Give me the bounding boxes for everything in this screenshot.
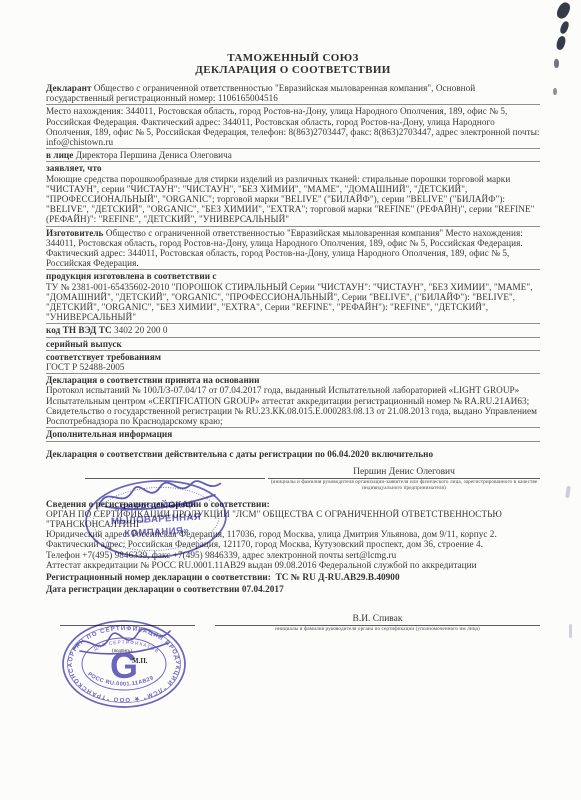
- divider: [46, 269, 540, 270]
- product-description: Моющие средства порошкообразные для стир…: [46, 174, 540, 225]
- title-line-declaration: ДЕКЛАРАЦИЯ О СООТВЕТСТВИИ: [46, 64, 540, 76]
- reg-number-label: Регистрационный номер декларации о соотв…: [46, 572, 271, 582]
- in-person-label: в лице: [46, 150, 73, 160]
- tnved-value: 3402 20 200 0: [114, 325, 167, 335]
- tnved-row: код ТН ВЭД ТС 3402 20 200 0: [46, 325, 540, 335]
- tnved-label: код ТН ВЭД ТС: [46, 325, 112, 335]
- declarant-name: Першин Денис Олегович: [268, 467, 540, 479]
- manufacturer-row: Изготовитель Общество с ограниченной отв…: [46, 228, 540, 269]
- manufacturer-label: Изготовитель: [46, 228, 103, 238]
- paper-mark-icon: [553, 88, 557, 95]
- manufacturer-text: Общество с ограниченной ответственностью…: [46, 228, 523, 269]
- scan-artifact: [569, 624, 572, 638]
- company-stamp-line3: КОМПАНИЯ»: [124, 525, 189, 539]
- podpis-caption: (подпись): [112, 649, 132, 654]
- title-line-customs-union: ТАМОЖЕННЫЙ СОЮЗ: [46, 52, 540, 64]
- validity-row: Декларация о соответствии действительна …: [46, 449, 540, 459]
- declarant-text: Общество с ограниченной ответственностью…: [46, 83, 475, 103]
- paper-mark-icon: [555, 35, 567, 51]
- divider: [46, 148, 540, 149]
- certifier-name: В.И. Спивак: [215, 614, 540, 626]
- divider: [46, 337, 540, 338]
- certifier-name-block: В.И. Спивак инициалы и фамилия руководит…: [215, 614, 540, 632]
- mp-label: М.П.: [132, 657, 148, 665]
- declarant-name-block: Першин Денис Олегович (инициалы и фамили…: [268, 467, 540, 492]
- scanned-declaration-page: ТАМОЖЕННЫЙ СОЮЗ ДЕКЛАРАЦИЯ О СООТВЕТСТВИ…: [0, 0, 581, 800]
- meets-value: ГОСТ Р 52488-2005: [46, 362, 540, 372]
- divider: [46, 373, 540, 374]
- document-title: ТАМОЖЕННЫЙ СОЮЗ ДЕКЛАРАЦИЯ О СООТВЕТСТВИ…: [46, 52, 540, 76]
- reg-date-row: Дата регистрации декларации о соответств…: [46, 584, 540, 594]
- divider: [46, 161, 540, 162]
- reg-number-row: Регистрационный номер декларации о соотв…: [46, 572, 540, 582]
- divider: [46, 441, 540, 442]
- basis-label: Декларация о соответствии принята на осн…: [46, 375, 540, 385]
- additional-info-label: Дополнительная информация: [46, 429, 540, 439]
- in-person-row: в лице Директора Першина Дениса Олегович…: [46, 150, 540, 160]
- paper-mark-icon: [559, 20, 570, 35]
- company-stamp-icon: «ЕВРАЗИЙСКАЯ МЫЛОВАРЕННАЯ КОМПАНИЯ»: [80, 474, 232, 564]
- divider: [46, 427, 540, 428]
- scan-artifact: [565, 486, 571, 498]
- serial-row: серийный выпуск: [46, 339, 540, 349]
- accordance-label: продукция изготовлена в соответствии с: [46, 271, 540, 281]
- divider: [46, 323, 540, 324]
- location-row: Место нахождения: 344011, Ростовская обл…: [46, 106, 540, 147]
- certifier-caption: инициалы и фамилия руководителя органа п…: [215, 626, 540, 632]
- paper-mark-icon: [554, 59, 559, 68]
- divider: [46, 226, 540, 227]
- reg-number-value: ТС № RU Д-RU.АВ29.В.40900: [276, 572, 400, 582]
- declarant-label: Декларант: [46, 83, 92, 93]
- accordance-text: ТУ № 2381-001-65435602-2010 "ПОРОШОК СТИ…: [46, 282, 540, 323]
- basis-item-protocol: Протокол испытаний № 100Л/З-07.04/17 от …: [46, 385, 540, 405]
- in-person-text: Директора Першина Дениса Олеговича: [76, 150, 232, 160]
- declares-label: заявляет, что: [46, 163, 540, 173]
- certification-body-stamp-icon: ОРГАН ПО СЕРТИФИКАЦИИ ПРОДУКЦИИ "ЛСМ" ★ …: [60, 619, 188, 709]
- divider: [46, 104, 540, 105]
- divider: [46, 350, 540, 351]
- basis-item-certificate: Свидетельство о государственной регистра…: [46, 406, 540, 426]
- declarant-caption2: индивидуального предпринимателя): [268, 485, 540, 491]
- declarant-row: Декларант Общество с ограниченной ответс…: [46, 83, 540, 103]
- paper-mark-icon: [555, 0, 573, 20]
- meets-label: соответствует требованиям: [46, 352, 540, 362]
